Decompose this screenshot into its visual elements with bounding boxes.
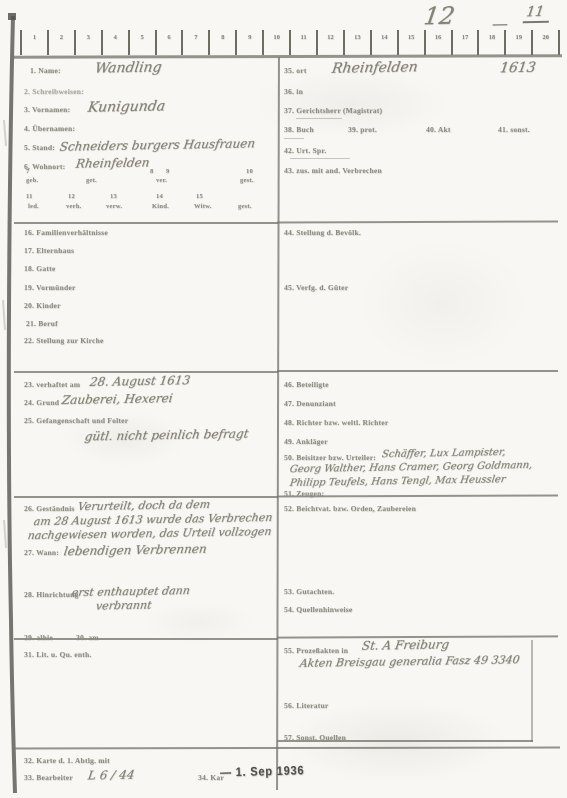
field-grund-value: Zauberei, Hexerei (61, 391, 174, 407)
field-urt-spr-label: 42. Urt. Spr. (284, 146, 326, 155)
field-gatte-label: 18. Gatte (24, 264, 55, 273)
field-denunziant-label: 47. Denunziant (284, 399, 336, 408)
scanned-index-card: 12 — 11 1 2 3 4 5 6 7 8 9 10 11 12 13 14… (0, 0, 567, 798)
field-gefangenschaft-label: 25. Gefangenschaft und Folter (24, 416, 128, 425)
rule-right-2 (277, 370, 558, 372)
field-stellung-bevoelk-label: 44. Stellung d. Bevölk. (284, 228, 361, 237)
field-stand-label: 5. Stand: (24, 143, 55, 152)
field-elternhaus-label: 17. Elternhaus (24, 246, 74, 255)
field-vornamen-value: Kunigunda (87, 98, 166, 115)
field-name-label: 1. Name: (30, 66, 61, 75)
field-bearbeiter-value: L 6 / 44 (87, 768, 135, 783)
field-wohnort-value: Rheinfelden (75, 155, 150, 170)
rule-left-4 (14, 638, 278, 640)
grid-sub: verh. (66, 203, 82, 210)
field-vornamen-label: 3. Vornamen: (24, 105, 70, 114)
field-sonst-quellen-label: 57. Sonst. Quellen (284, 733, 346, 742)
field-verhaftet-value: 28. August 1613 (89, 373, 191, 389)
pencil-mark (284, 138, 304, 139)
field-anklaeger-label: 49. Ankläger (284, 437, 328, 446)
field-ort-label: 35. ort (284, 66, 307, 75)
field-in-label: 36. in (284, 87, 303, 96)
field-zus-verbrechen-label: 43. zus. mit and. Verbrechen (284, 166, 382, 175)
field-schreibweisen-label: 2. Schreibweisen: (24, 87, 84, 96)
field-beisitzer-label: 50. Beisitzer bzw. Urteiler: (284, 453, 376, 462)
grid-sub: Witw. (194, 203, 212, 210)
field-stellung-kirche-label: 22. Stellung zur Kirche (24, 336, 104, 345)
field-quellenhinweise-label: 54. Quellenhinweise (284, 605, 353, 614)
grid-sub: ver. (156, 177, 167, 184)
field-kinder-label: 20. Kinder (24, 301, 61, 310)
field-beichtvater-label: 52. Beichtvat. bzw. Orden, Zaubereien (284, 504, 416, 513)
grid-sub: gest. (240, 177, 254, 184)
pencil-underline (296, 118, 342, 119)
field-buch-label: 38. Buch (284, 125, 314, 134)
field-wann-value: lebendigen Verbrennen (63, 542, 208, 558)
field-ort-year: 1613 (499, 60, 537, 77)
field-ort-value: Rheinfelden (331, 59, 419, 76)
field-zeugen-label: 51. Zeugen: (284, 489, 324, 498)
grid-sub: geb. (26, 177, 38, 184)
field-beteiligte-label: 46. Beteiligte (284, 380, 329, 389)
corner-number-left: 12 (422, 2, 457, 31)
field-sonst-label: 41. sonst. (498, 125, 530, 134)
field-wann-label: 27. Wann: (24, 548, 59, 557)
grid-sub: led. (28, 203, 39, 210)
field-prozessakten-value: St. A Freiburg (361, 637, 450, 653)
field-akt-label: 40. Akt (426, 125, 451, 134)
rule-left-3 (14, 496, 278, 498)
field-hinrichtung-line2: verbrannt (95, 599, 152, 613)
grid-num: 9 (166, 168, 170, 175)
rule-right-edge (531, 640, 533, 742)
field-literatur-label: 56. Literatur (284, 701, 329, 710)
field-prot-label: 39. prot. (348, 125, 377, 134)
grid-num: 8 (150, 168, 154, 175)
grid-num: 13 (110, 193, 117, 200)
grid-sub: gest. (238, 203, 252, 210)
field-am-label: 30. am (76, 633, 99, 642)
field-richter-label: 48. Richter bzw. weltl. Richter (284, 418, 388, 427)
field-gutachten-label: 53. Gutachten. (284, 587, 334, 596)
field-grund-label: 24. Grund (24, 398, 59, 407)
grid-sub: get. (86, 177, 97, 184)
field-wohnort-label: 6. Wohnort: (24, 162, 65, 171)
field-gefangenschaft-value: gütl. nicht peinlich befragt (84, 427, 250, 444)
grid-num: 11 (26, 193, 33, 200)
field-familienverhaeltnisse-label: 16. Familienverhältnisse (24, 228, 108, 237)
rule-left-1 (14, 222, 278, 224)
grid-num: 10 (246, 168, 253, 175)
grid-sub: verw. (106, 203, 122, 210)
pencil-underline (290, 158, 350, 159)
field-gestaendnis-label: 26. Geständnis (24, 504, 75, 513)
field-gerichtsherr-label: 37. Gerichtsherr (Magistrat) (284, 106, 382, 115)
field-beruf-label: 21. Beruf (26, 319, 58, 328)
grid-num: 12 (68, 193, 75, 200)
grid-num: 14 (156, 193, 163, 200)
field-verhaftet-label: 23. verhaftet am (24, 380, 80, 389)
rule-left-2 (14, 371, 278, 373)
grid-num: 7 (26, 168, 30, 175)
field-name-value: Wandling (94, 59, 163, 76)
field-prozessakten-label: 55. Prozeßakten in (284, 646, 348, 655)
number-ruler: 1 2 3 4 5 6 7 8 9 10 11 12 13 14 15 16 1… (20, 30, 560, 55)
field-gestaendnis-line1: Verurteilt, doch da dem (77, 498, 211, 513)
field-hinrichtung-line1: erst enthauptet dann (71, 584, 191, 599)
field-bearbeiter-label: 33. Bearbeiter (24, 773, 73, 782)
field-alhie-label: 29. alhie (24, 633, 53, 642)
corner-number-right: 11 (523, 4, 552, 23)
grid-sub: Kind. (152, 203, 169, 210)
date-stamp: — 1. Sep 1936 (220, 764, 305, 780)
field-lit-qu-label: 31. Lit. u. Qu. enth. (24, 650, 92, 659)
field-vormuender-label: 19. Vormünder (24, 283, 76, 292)
grid-num: 15 (196, 193, 203, 200)
field-beisitzer-line1: Schäffer, Lux Lampister, (381, 447, 506, 460)
field-karte-abtlg-label: 32. Karte d. 1. Abtlg. mit (24, 756, 110, 765)
field-uebernamen-label: 4. Übernamen: (24, 124, 75, 133)
field-verfg-gueter-label: 45. Verfg. d. Güter (284, 283, 348, 292)
